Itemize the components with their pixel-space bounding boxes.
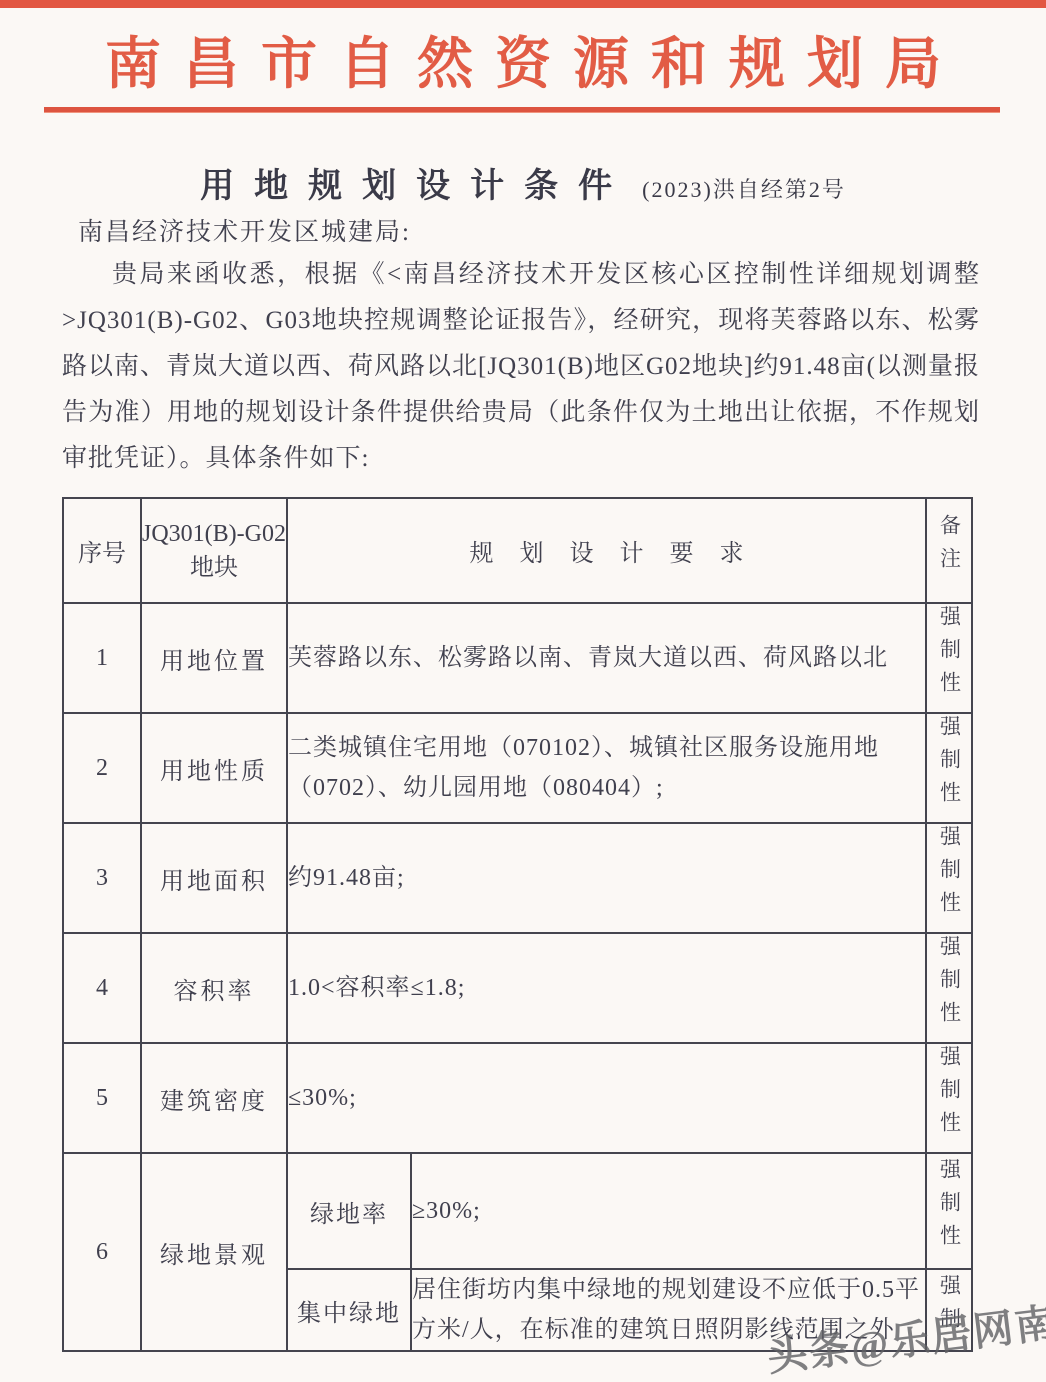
doc-title-line: 用地规划设计条件 (2023)洪自经第2号 (0, 158, 1046, 207)
note-vertical-text: 强制性 (939, 935, 960, 1034)
table-row-6-green-rate: 6 绿地景观 绿地率 ≥30%; 强制性 (63, 1153, 972, 1269)
row-req: 约91.48亩; (287, 823, 926, 933)
row-note: 强制性 (926, 823, 972, 933)
note-header-vertical-text: 备注 (939, 514, 960, 580)
document-page: 南昌市自然资源和规划局 用地规划设计条件 (2023)洪自经第2号 南昌经济技术… (0, 0, 1046, 1382)
row-req: ≤30%; (287, 1043, 926, 1153)
note-vertical-text: 强制性 (939, 1045, 960, 1144)
row-no: 2 (63, 713, 141, 823)
subrow-req: ≥30%; (411, 1153, 926, 1269)
row-no: 1 (63, 603, 141, 713)
row-item: 绿地景观 (141, 1153, 287, 1351)
table-row: 3 用地面积 约91.48亩; 强制性 (63, 823, 972, 933)
row-note: 强制性 (926, 713, 972, 823)
row-req: 1.0<容积率≤1.8; (287, 933, 926, 1043)
top-red-strip (0, 0, 1046, 8)
table-header-row: 序号 JQ301(B)-G02地块 规划设计要求 备注 (63, 498, 972, 603)
row-item: 容积率 (141, 933, 287, 1043)
row-item: 建筑密度 (141, 1043, 287, 1153)
subrow-label: 集中绿地 (287, 1269, 411, 1351)
note-vertical-text: 强制性 (939, 1158, 960, 1257)
row-note: 强制性 (926, 1153, 972, 1269)
doc-number: (2023)洪自经第2号 (642, 177, 846, 202)
row-item: 用地性质 (141, 713, 287, 823)
table-row: 5 建筑密度 ≤30%; 强制性 (63, 1043, 972, 1153)
row-note: 强制性 (926, 603, 972, 713)
note-vertical-text: 强制性 (939, 605, 960, 704)
row-no: 5 (63, 1043, 141, 1153)
table-header-no: 序号 (63, 498, 141, 603)
red-divider (44, 107, 1000, 113)
row-note: 强制性 (926, 1043, 972, 1153)
row-req: 二类城镇住宅用地（070102）、城镇社区服务设施用地（0702）、幼儿园用地（… (287, 713, 926, 823)
agency-title: 南昌市自然资源和规划局 (0, 20, 1046, 100)
note-vertical-text: 强制性 (939, 715, 960, 814)
table-header-note: 备注 (926, 498, 972, 603)
conditions-table: 序号 JQ301(B)-G02地块 规划设计要求 备注 1 用地位置 芙蓉路以东… (62, 497, 973, 1352)
recipient-line: 南昌经济技术开发区城建局: (78, 212, 411, 248)
table-row: 4 容积率 1.0<容积率≤1.8; 强制性 (63, 933, 972, 1043)
row-no: 4 (63, 933, 141, 1043)
note-vertical-text: 强制性 (939, 825, 960, 924)
body-paragraph: 贵局来函收悉，根据《<南昌经济技术开发区核心区控制性详细规划调整>JQ301(B… (62, 252, 980, 482)
row-item: 用地位置 (141, 603, 287, 713)
row-req: 芙蓉路以东、松雾路以南、青岚大道以西、荷风路以北 (287, 603, 926, 713)
doc-title: 用地规划设计条件 (200, 168, 632, 205)
table-header-req: 规划设计要求 (287, 498, 926, 603)
table-header-block: JQ301(B)-G02地块 (141, 498, 287, 603)
table-row: 2 用地性质 二类城镇住宅用地（070102）、城镇社区服务设施用地（0702）… (63, 713, 972, 823)
subrow-label: 绿地率 (287, 1153, 411, 1269)
table-row: 1 用地位置 芙蓉路以东、松雾路以南、青岚大道以西、荷风路以北 强制性 (63, 603, 972, 713)
row-item: 用地面积 (141, 823, 287, 933)
row-no: 6 (63, 1153, 141, 1351)
row-no: 3 (63, 823, 141, 933)
row-note: 强制性 (926, 933, 972, 1043)
